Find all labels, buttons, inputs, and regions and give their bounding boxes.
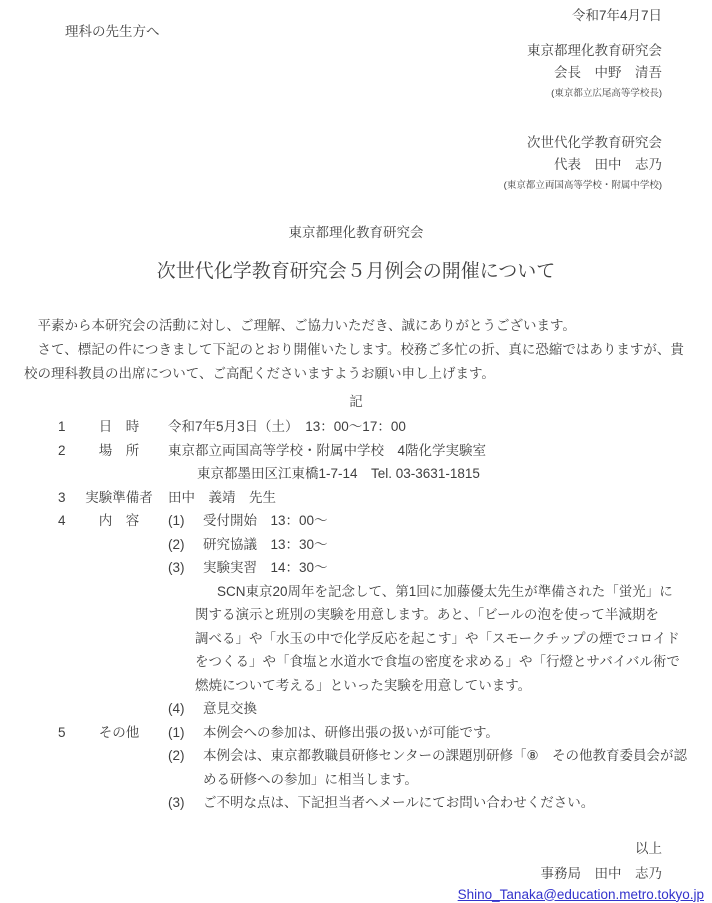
item-label: 場 所 — [85, 439, 153, 463]
sub-item-text: 本例会への参加は、研修出張の扱いが可能です。 — [203, 725, 499, 740]
email-line: Shino_Tanaka@education.metro.tokyo.jp — [0, 885, 712, 903]
sub-item: (1)受付開始 13：00～ — [168, 509, 712, 533]
sub-item-marker: (4) — [168, 697, 203, 721]
sub-item-text: 本例会は、東京都教職員研修センターの課題別研修「⑧ その他教育委員会が認 — [203, 748, 687, 763]
item-number: 5 — [0, 721, 85, 745]
closing-marker: 以上 — [0, 837, 712, 861]
sub-item-text: 受付開始 13：00～ — [203, 513, 328, 528]
description-line: 関する演示と班別の実験を用意します。あと、「ビールの泡を使って半減期を — [195, 603, 712, 627]
sender-role-name: 代表 田中 志乃 — [0, 154, 662, 176]
contact-email-link[interactable]: Shino_Tanaka@education.metro.tokyo.jp — [458, 887, 704, 902]
secretariat: 事務局 田中 志乃 — [0, 863, 712, 885]
org-heading: 東京都理化教育研究会 — [0, 222, 712, 244]
item-number: 1 — [0, 415, 85, 439]
sub-item-marker: (3) — [168, 791, 203, 815]
list-item-contents: 4 内 容 (1)受付開始 13：00～ (2)研究協議 13：30～ (3)実… — [0, 509, 712, 721]
item-label: 日 時 — [85, 415, 153, 439]
sender-block-jisedai: 次世代化学教育研究会 代表 田中 志乃 (東京都立両国高等学校・附属中学校) — [0, 132, 712, 196]
greeting-line: さて、標記の件につきまして下記のとおり開催いたします。校務ご多忙の折、真に恐縮で… — [24, 338, 688, 386]
sub-item-text: 研究協議 13：30～ — [203, 537, 328, 552]
sub-item: (3)実験実習 14：30～ — [168, 556, 712, 580]
item-label: 内 容 — [85, 509, 153, 533]
sub-item-marker: (1) — [168, 721, 203, 745]
sub-item-marker: (1) — [168, 509, 203, 533]
agenda-list: 1 日 時 令和7年5月3日（土） 13：00～17：00 2 場 所 東京都立… — [0, 415, 712, 815]
item-address: 東京都墨田区江東橋1-7-14 Tel. 03-3631-1815 — [168, 462, 712, 486]
list-item-place: 2 場 所 東京都立両国高等学校・附属中学校 4階化学実験室 東京都墨田区江東橋… — [0, 439, 712, 486]
greeting-paragraph: 平素から本研究会の活動に対し、ご理解、ご協力いただき、誠にありがとうございます。… — [0, 314, 712, 386]
sub-item: (2)本例会は、東京都教職員研修センターの課題別研修「⑧ その他教育委員会が認 … — [168, 744, 712, 791]
sub-item-marker: (2) — [168, 533, 203, 557]
sender-org: 次世代化学教育研究会 — [0, 132, 662, 154]
sender-org: 東京都理化教育研究会 — [0, 40, 662, 62]
sub-item-text: ご不明な点は、下記担当者へメールにてお問い合わせください。 — [203, 795, 594, 810]
item-content: 東京都立両国高等学校・附属中学校 4階化学実験室 — [168, 439, 712, 463]
sender-affiliation: (東京都立広尾高等学校長) — [0, 84, 662, 104]
sender-affiliation: (東京都立両国高等学校・附属中学校) — [0, 176, 662, 196]
list-item-datetime: 1 日 時 令和7年5月3日（土） 13：00～17：00 — [0, 415, 712, 439]
addressee: 理科の先生方へ — [0, 24, 712, 40]
list-item-preparer: 3 実験準備者 田中 義靖 先生 — [0, 486, 712, 510]
sub-item: (3)ご不明な点は、下記担当者へメールにてお問い合わせください。 — [168, 791, 712, 815]
experiment-description: SCN東京20周年を記念して、第1回に加藤優太先生が準備された「蛍光」に 関する… — [195, 580, 712, 698]
item-number: 4 — [0, 509, 85, 533]
list-item-other: 5 その他 (1)本例会への参加は、研修出張の扱いが可能です。 (2)本例会は、… — [0, 721, 712, 815]
sub-item: (1)本例会への参加は、研修出張の扱いが可能です。 — [168, 721, 712, 745]
record-marker: 記 — [0, 390, 712, 414]
item-label: その他 — [85, 721, 153, 745]
item-number: 2 — [0, 439, 85, 463]
sub-item: (2)研究協議 13：30～ — [168, 533, 712, 557]
description-line: 調べる」や「水玉の中で化学反応を起こす」や「スモークチップの煙でコロイド — [195, 627, 712, 651]
description-line: 燃焼について考える」といった実験を用意しています。 — [195, 674, 712, 698]
sub-item-marker: (3) — [168, 556, 203, 580]
sender-role-name: 会長 中野 清吾 — [0, 62, 662, 84]
description-line: SCN東京20周年を記念して、第1回に加藤優太先生が準備された「蛍光」に — [195, 580, 712, 604]
document-page: 令和7年4月7日 理科の先生方へ 東京都理化教育研究会 会長 中野 清吾 (東京… — [0, 0, 712, 903]
sub-item-text: 実験実習 14：30～ — [203, 560, 328, 575]
item-label: 実験準備者 — [85, 486, 153, 510]
page-title: 次世代化学教育研究会５月例会の開催について — [0, 258, 712, 286]
sub-item-text: 意見交換 — [203, 701, 257, 716]
description-line: をつくる」や「食塩と水道水で食塩の密度を求める」や「行燈とサバイバル術で — [195, 650, 712, 674]
sub-item: (4)意見交換 — [168, 697, 712, 721]
sub-item-marker: (2) — [168, 744, 203, 768]
greeting-line: 平素から本研究会の活動に対し、ご理解、ご協力いただき、誠にありがとうございます。 — [24, 314, 688, 338]
sub-item-text-continued: める研修への参加」に相当します。 — [203, 768, 712, 792]
item-number: 3 — [0, 486, 85, 510]
item-content: 田中 義靖 先生 — [168, 486, 712, 510]
document-date: 令和7年4月7日 — [0, 8, 712, 24]
item-content: 令和7年5月3日（土） 13：00～17：00 — [168, 415, 712, 439]
sender-block-rika: 東京都理化教育研究会 会長 中野 清吾 (東京都立広尾高等学校長) — [0, 40, 712, 104]
